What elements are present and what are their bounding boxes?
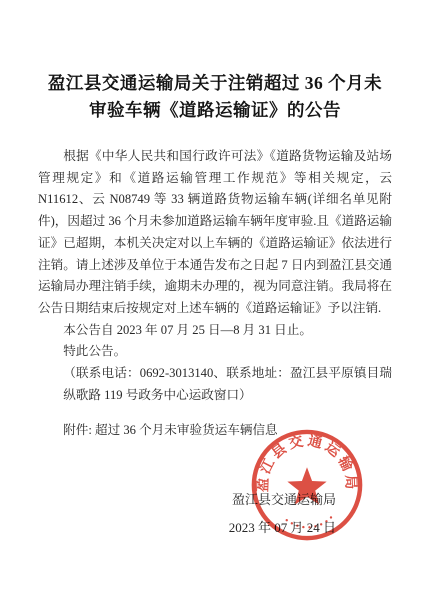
- title-line-1: 盈江县交通运输局关于注销超过 36 个月未: [48, 73, 382, 93]
- title-line-2: 审验车辆《道路运输证》的公告: [89, 100, 341, 120]
- paragraph-main: 根据《中华人民共和国行政许可法》《道路货物运输及站场管理规定》和《道路运输管理工…: [38, 146, 392, 320]
- signature-block: 盈江县交通运输局 2023 年 07 月 24 日: [38, 486, 392, 542]
- attachment-note: 附件: 超过 36 个月未审验货运车辆信息: [63, 420, 392, 442]
- paragraph-validity: 本公告自 2023 年 07 月 25 日—8 月 31 日止。: [38, 320, 392, 342]
- issue-date: 2023 年 07 月 24 日: [38, 514, 336, 542]
- contact-info: （联系电话：0692-3013140、联系地址：盈江县平原镇目瑞纵歌路 119 …: [63, 363, 392, 406]
- announcement-page: 盈江县交通运输局关于注销超过 36 个月未 审验车辆《道路运输证》的公告 根据《…: [0, 0, 424, 600]
- document-body: 根据《中华人民共和国行政许可法》《道路货物运输及站场管理规定》和《道路运输管理工…: [38, 146, 392, 442]
- document-title: 盈江县交通运输局关于注销超过 36 个月未 审验车辆《道路运输证》的公告: [38, 70, 392, 124]
- issuer-name: 盈江县交通运输局: [38, 486, 336, 514]
- paragraph-hereby: 特此公告。: [38, 341, 392, 363]
